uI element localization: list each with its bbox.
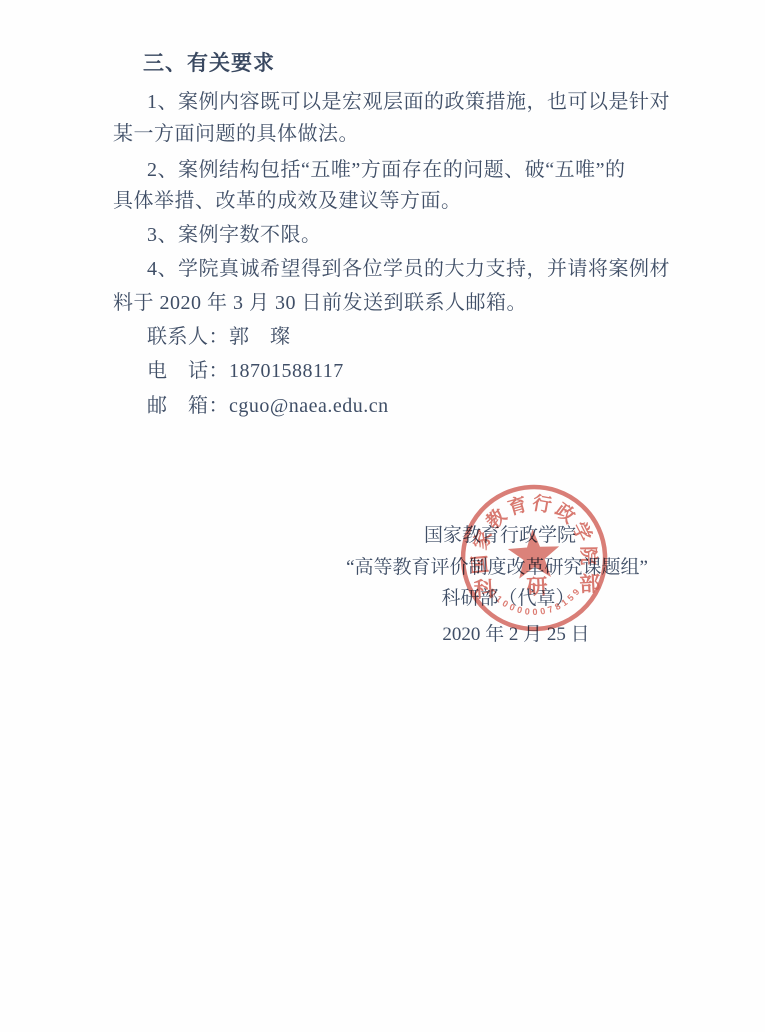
body-line-3: 2、案例结构包括“五唯”方面存在的问题、破“五唯”的: [147, 159, 626, 181]
body-line-2: 某一方面问题的具体做法。: [113, 123, 359, 145]
contact-email-line: 邮 箱：cguo@naea.edu.cn: [147, 395, 389, 417]
contact-phone-line: 电 话：18701588117: [147, 360, 344, 382]
body-line-4: 具体举措、改革的成效及建议等方面。: [113, 190, 462, 212]
section-heading: 三、有关要求: [143, 52, 275, 74]
signature-dept-name: 科研部（代章）: [343, 588, 673, 609]
signature-org-name: 国家教育行政学院: [335, 525, 665, 546]
body-line-6: 4、学院真诚希望得到各位学员的大力支持，并请将案例材: [147, 258, 670, 280]
contact-person-line: 联系人：郭 璨: [147, 326, 291, 348]
scanned-document-page: 三、有关要求 1、案例内容既可以是宏观层面的政策措施，也可以是针对 某一方面问题…: [0, 0, 765, 1032]
signature-date: 2020 年 2 月 25 日: [351, 624, 681, 645]
body-line-5: 3、案例字数不限。: [147, 224, 322, 246]
signature-group-name: “高等教育评价制度改革研究课题组”: [332, 557, 662, 578]
body-line-1: 1、案例内容既可以是宏观层面的政策措施，也可以是针对: [147, 91, 670, 113]
body-line-7: 料于 2020 年 3 月 30 日前发送到联系人邮箱。: [113, 292, 527, 314]
